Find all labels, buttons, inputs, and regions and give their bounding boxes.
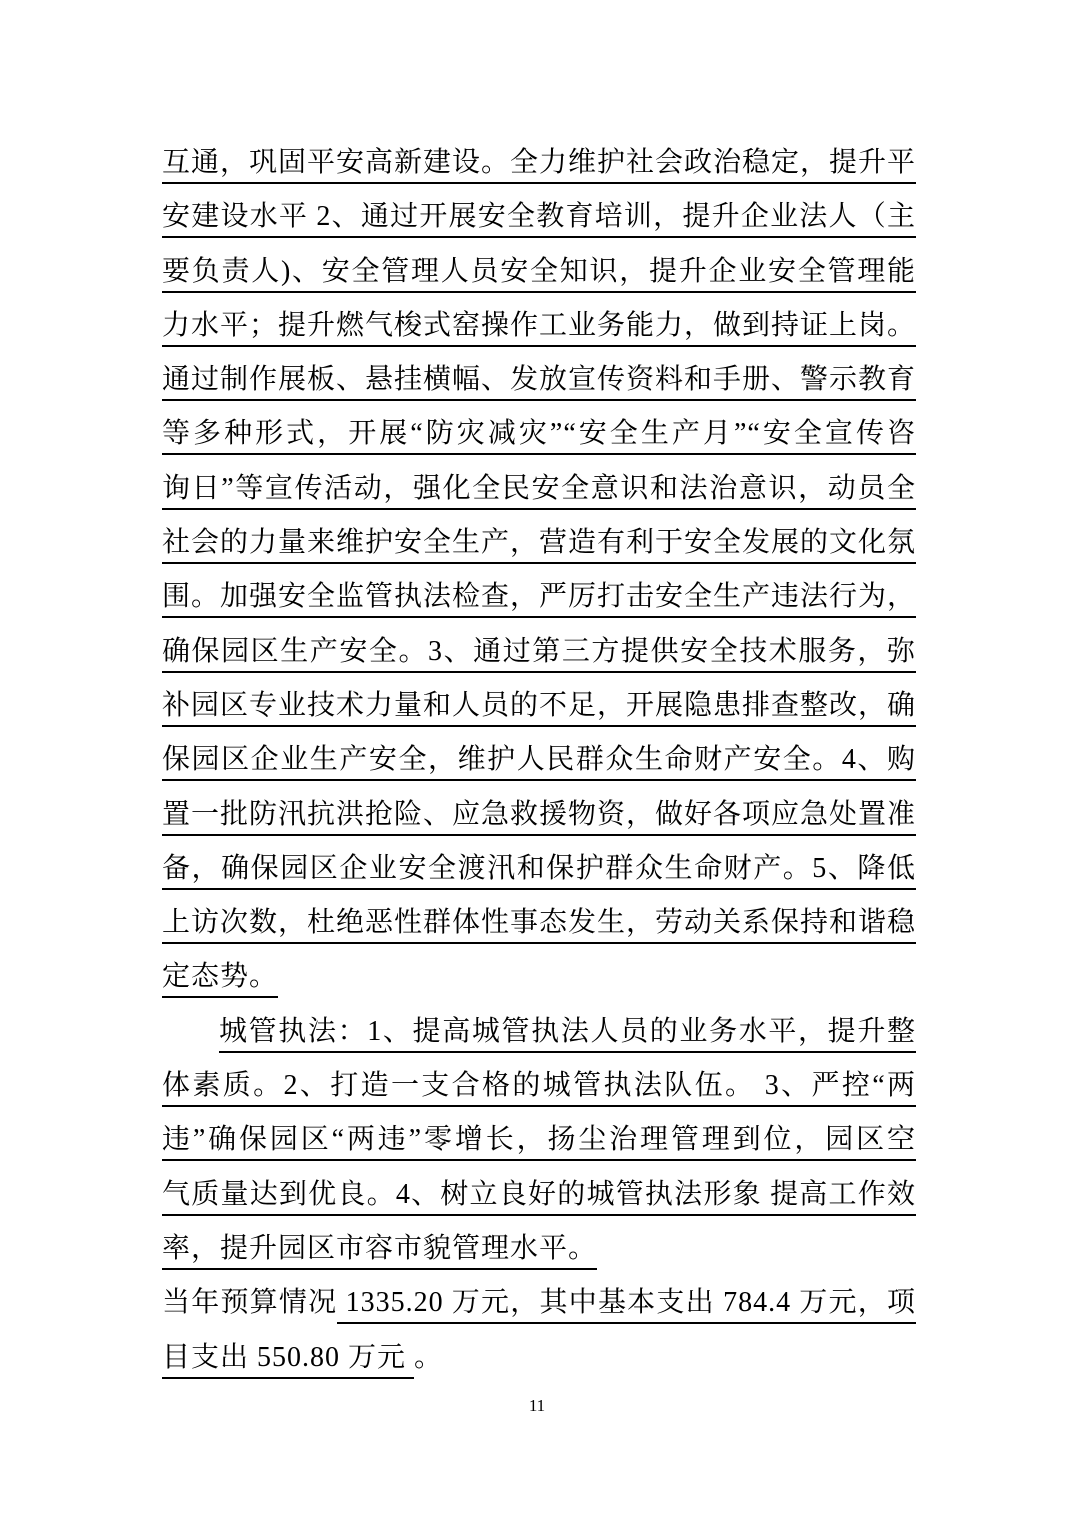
document-body: 互通，巩固平安高新建设。全力维护社会政治稳定，提升平 安建设水平 2、通过开展安… — [162, 136, 916, 1385]
underlined-text: 询日”等宣传活动，强化全民安全意识和法治意识，动员全 — [162, 473, 916, 510]
text-line: 社会的力量来维护安全生产，营造有利于安全发展的文化氛 — [162, 516, 916, 570]
text-line: 要负责人)、安全管理人员安全知识，提升企业安全管理能 — [162, 245, 916, 299]
underlined-text: 城管执法：1、提高城管执法人员的业务水平，提升整 — [219, 1016, 916, 1053]
text-line: 备，确保园区企业安全渡汛和保护群众生命财产。5、降低 — [162, 842, 916, 896]
underlined-text: 定态势。 — [162, 961, 278, 998]
text-line: 补园区专业技术力量和人员的不足，开展隐患排查整改，确 — [162, 679, 916, 733]
underlined-text: 互通，巩固平安高新建设。全力维护社会政治稳定，提升平 — [162, 147, 916, 184]
text-line: 违”确保园区“两违”零增长，扬尘治理管理到位，园区空 — [162, 1113, 916, 1167]
budget-summary-line: 目支出 550.80 万元 。 — [162, 1331, 916, 1385]
underlined-text: 围。加强安全监管执法检查，严厉打击安全生产违法行为， — [162, 581, 916, 618]
underlined-text: 通过制作展板、悬挂横幅、发放宣传资料和手册、警示教育 — [162, 364, 916, 401]
text-line: 体素质。2、打造一支合格的城管执法队伍。 3、严控“两 — [162, 1059, 916, 1113]
underlined-text: 率，提升园区市容市貌管理水平。 — [162, 1233, 597, 1270]
text-line: 力水平；提升燃气梭式窑操作工业务能力，做到持证上岗。 — [162, 299, 916, 353]
underlined-text: 等多种形式，开展“防灾减灾”“安全生产月”“安全宣传咨 — [162, 418, 916, 455]
underlined-text: 社会的力量来维护安全生产，营造有利于安全发展的文化氛 — [162, 527, 916, 564]
underlined-text: 安建设水平 2、通过开展安全教育培训，提升企业法人（主 — [162, 201, 916, 238]
page-number: 11 — [0, 1396, 1074, 1416]
budget-amount-underlined: 目支出 550.80 万元 — [162, 1342, 414, 1379]
underlined-text: 上访次数，杜绝恶性群体性事态发生，劳动关系保持和谐稳 — [162, 907, 916, 944]
text-line: 气质量达到优良。4、树立良好的城管执法形象 提高工作效 — [162, 1168, 916, 1222]
text-line: 上访次数，杜绝恶性群体性事态发生，劳动关系保持和谐稳 — [162, 896, 916, 950]
text-line: 率，提升园区市容市貌管理水平。 — [162, 1222, 916, 1276]
text-line: 安建设水平 2、通过开展安全教育培训，提升企业法人（主 — [162, 190, 916, 244]
underlined-text: 保园区企业生产安全，维护人民群众生命财产安全。4、购 — [162, 744, 916, 781]
text-line: 互通，巩固平安高新建设。全力维护社会政治稳定，提升平 — [162, 136, 916, 190]
budget-label: 当年预算情况 — [162, 1287, 337, 1318]
text-line-paragraph-start: 城管执法：1、提高城管执法人员的业务水平，提升整 — [162, 1005, 916, 1059]
underlined-text: 体素质。2、打造一支合格的城管执法队伍。 3、严控“两 — [162, 1070, 916, 1107]
document-page: 互通，巩固平安高新建设。全力维护社会政治稳定，提升平 安建设水平 2、通过开展安… — [0, 0, 1074, 1520]
budget-amount-underlined: 1335.20 万元，其中基本支出 784.4 万元，项 — [337, 1287, 916, 1324]
text-line: 定态势。 — [162, 950, 916, 1004]
budget-summary-line: 当年预算情况 1335.20 万元，其中基本支出 784.4 万元，项 — [162, 1276, 916, 1330]
underlined-text: 置一批防汛抗洪抢险、应急救援物资，做好各项应急处置准 — [162, 799, 916, 836]
underlined-text: 要负责人)、安全管理人员安全知识，提升企业安全管理能 — [162, 256, 916, 293]
underlined-text: 违”确保园区“两违”零增长，扬尘治理管理到位，园区空 — [162, 1124, 916, 1161]
underlined-text: 确保园区生产安全。3、通过第三方提供安全技术服务，弥 — [162, 636, 916, 673]
underlined-text: 备，确保园区企业安全渡汛和保护群众生命财产。5、降低 — [162, 853, 916, 890]
underlined-text: 力水平；提升燃气梭式窑操作工业务能力，做到持证上岗。 — [162, 310, 916, 347]
sentence-period: 。 — [414, 1342, 443, 1373]
underlined-text: 气质量达到优良。4、树立良好的城管执法形象 提高工作效 — [162, 1179, 916, 1216]
text-line: 等多种形式，开展“防灾减灾”“安全生产月”“安全宣传咨 — [162, 407, 916, 461]
text-line: 确保园区生产安全。3、通过第三方提供安全技术服务，弥 — [162, 625, 916, 679]
text-line: 通过制作展板、悬挂横幅、发放宣传资料和手册、警示教育 — [162, 353, 916, 407]
underlined-text: 补园区专业技术力量和人员的不足，开展隐患排查整改，确 — [162, 690, 916, 727]
text-line: 询日”等宣传活动，强化全民安全意识和法治意识，动员全 — [162, 462, 916, 516]
text-line: 置一批防汛抗洪抢险、应急救援物资，做好各项应急处置准 — [162, 788, 916, 842]
text-line: 围。加强安全监管执法检查，严厉打击安全生产违法行为， — [162, 570, 916, 624]
text-line: 保园区企业生产安全，维护人民群众生命财产安全。4、购 — [162, 733, 916, 787]
